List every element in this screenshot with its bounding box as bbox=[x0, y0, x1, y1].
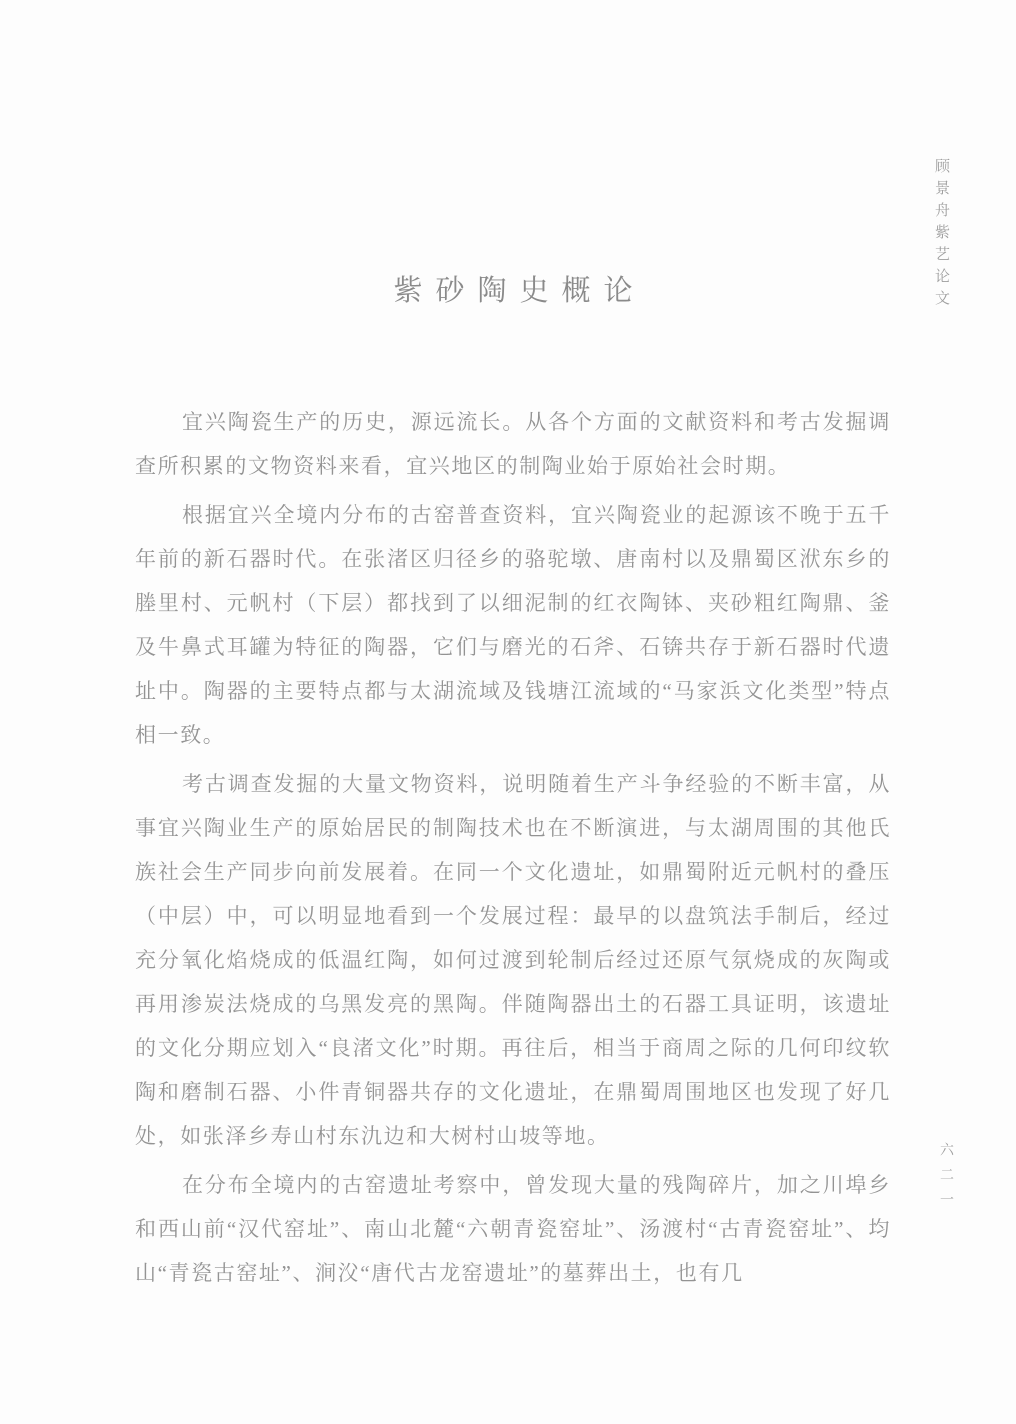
essay-body: 宜兴陶瓷生产的历史，源远流长。从各个方面的文献资料和考古发掘调查所积累的文物资料… bbox=[135, 400, 891, 1300]
body-paragraph: 在分布全境内的古窑遗址考察中，曾发现大量的残陶碎片，加之川埠乡和西山前“汉代窑址… bbox=[135, 1163, 891, 1295]
book-page: 顾景舟紫艺论文 紫砂陶史概论 宜兴陶瓷生产的历史，源远流长。从各个方面的文献资料… bbox=[0, 0, 1016, 1424]
side-header-vertical: 顾景舟紫艺论文 bbox=[931, 158, 952, 312]
body-paragraph: 根据宜兴全境内分布的古窑普查资料，宜兴陶瓷业的起源该不晚于五千年前的新石器时代。… bbox=[135, 493, 891, 757]
page-title: 紫砂陶史概论 bbox=[135, 268, 891, 309]
page-number-vertical: 六二一 bbox=[935, 1142, 955, 1217]
body-paragraph: 宜兴陶瓷生产的历史，源远流长。从各个方面的文献资料和考古发掘调查所积累的文物资料… bbox=[135, 400, 891, 488]
body-paragraph: 考古调查发掘的大量文物资料，说明随着生产斗争经验的不断丰富，从事宜兴陶业生产的原… bbox=[135, 762, 891, 1158]
